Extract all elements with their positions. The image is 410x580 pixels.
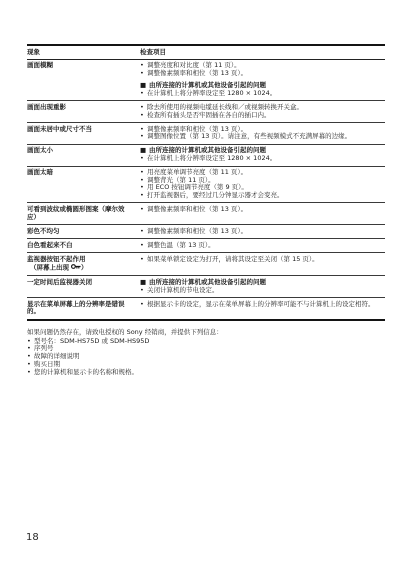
bullet-icon: •	[140, 70, 147, 78]
symptom-cell: 一定时间后监视器关闭	[27, 276, 140, 298]
symptom-cell: 白色看起来不白	[27, 239, 140, 253]
info-list-item: •型号名：SDM-HS75D 或 SDM-HS95D	[27, 338, 227, 346]
key-lock-icon	[71, 263, 81, 270]
bullet-icon: •	[140, 133, 147, 141]
contact-intro-text: 如果问题仍然存在，请致电授权的 Sony 经销商，并提供下列信息：	[27, 329, 227, 337]
check-cell: •如果菜单锁定设定为打开，请将其设定至关闭（第 15 页）。	[140, 253, 385, 276]
symptom-cell: 可看到波纹或椭圆形图案（摩尔效应）	[27, 203, 140, 225]
bullet-icon: •	[27, 369, 34, 377]
bullet-icon: •	[140, 256, 147, 264]
manual-page: 现象 检查项目 画面模糊 •调整亮度和对比度（第 11 页）。 •调整像素频率和…	[27, 44, 385, 377]
table-header-row: 现象 检查项目	[27, 45, 385, 59]
symptom-text: 监视器按钮不起作用	[27, 255, 86, 263]
bullet-icon: •	[140, 228, 147, 236]
check-item: •调整图像位置（第 13 页）。请注意，有些视频模式不充满屏幕的边缘。	[140, 133, 385, 141]
check-item: •检查所有插头是否牢固插在各自的插口内。	[140, 112, 385, 120]
check-item: •调整像素频率和相位（第 13 页）。	[140, 70, 385, 78]
bullet-icon: •	[140, 90, 147, 98]
table-row: 画面模糊 •调整亮度和对比度（第 11 页）。 •调整像素频率和相位（第 13 …	[27, 59, 385, 101]
symptom-cell: 画面太暗	[27, 166, 140, 203]
symptom-cell: 彩色不均匀	[27, 225, 140, 239]
column-header-symptom: 现象	[27, 45, 140, 59]
check-item: •在计算机上将分辨率设定至 1280 × 1024。	[140, 155, 385, 163]
check-cell: ■由所连接的计算机或其他设备引起的问题 •关闭计算机的节电设定。	[140, 276, 385, 298]
bullet-icon: •	[140, 287, 147, 295]
table-row: 画面未居中或尺寸不当 •调整像素频率和相位（第 13 页）。 •调整图像位置（第…	[27, 123, 385, 145]
check-item: •关闭计算机的节电设定。	[140, 287, 385, 295]
symptom-cell: 监视器按钮不起作用 （屏幕上出现）	[27, 253, 140, 276]
check-cell: •调整亮度和对比度（第 11 页）。 •调整像素频率和相位（第 13 页）。 ■…	[140, 59, 385, 101]
symptom-cell: 画面未居中或尺寸不当	[27, 123, 140, 145]
computer-spec-text: 您的计算机和显示卡的名称和规格。	[34, 369, 138, 377]
check-item: •如果菜单锁定设定为打开，请将其设定至关闭（第 15 页）。	[140, 256, 385, 264]
symptom-cell: 显示在菜单屏幕上的分辨率是错误的。	[27, 298, 140, 320]
check-cell: •调整像素频率和相位（第 13 页）。	[140, 225, 385, 239]
check-item: •调整像素频率和相位（第 13 页）。	[140, 206, 385, 214]
check-cell: •调整像素频率和相位（第 13 页）。	[140, 203, 385, 225]
symptom-cell: 画面模糊	[27, 59, 140, 101]
bullet-icon: •	[140, 192, 147, 200]
check-item: •打开监视器后，要经过几分钟显示器才会变亮。	[140, 192, 385, 200]
check-item: •在计算机上将分辨率设定至 1280 × 1024。	[140, 90, 385, 98]
bullet-icon: •	[140, 301, 147, 309]
check-cell: •调整像素频率和相位（第 13 页）。 •调整图像位置（第 13 页）。请注意，…	[140, 123, 385, 145]
table-row: 显示在菜单屏幕上的分辨率是错误的。 •根据显示卡的设定，显示在菜单屏幕上的分辨率…	[27, 298, 385, 320]
bullet-icon: •	[140, 112, 147, 120]
check-item: •根据显示卡的设定，显示在菜单屏幕上的分辨率可能不与计算机上的设定相符。	[140, 301, 385, 309]
check-cell: •用亮度菜单调节亮度（第 11 页）。 •调整背光（第 11 页）。 •用 EC…	[140, 166, 385, 203]
check-item: •调整色温（第 13 页）。	[140, 242, 385, 250]
check-item: •调整像素频率和相位（第 13 页）。	[140, 228, 385, 236]
check-cell: •调整色温（第 13 页）。	[140, 239, 385, 253]
bullet-icon: •	[140, 206, 147, 214]
info-list-item: •您的计算机和显示卡的名称和规格。	[27, 369, 227, 377]
table-row: 白色看起来不白 •调整色温（第 13 页）。	[27, 239, 385, 253]
symptom-cell: 画面出现重影	[27, 101, 140, 123]
bullet-icon: •	[140, 155, 147, 163]
symptom-cell: 画面太小	[27, 144, 140, 166]
table-row: 可看到波纹或椭圆形图案（摩尔效应） •调整像素频率和相位（第 13 页）。	[27, 203, 385, 225]
table-row: 一定时间后监视器关闭 ■由所连接的计算机或其他设备引起的问题 •关闭计算机的节电…	[27, 276, 385, 298]
table-row: 画面出现重影 •除去所使用的视频电缆延长线和／或视频转换开关盒。 •检查所有插头…	[27, 101, 385, 123]
check-cell: ■由所连接的计算机或其他设备引起的问题 •在计算机上将分辨率设定至 1280 ×…	[140, 144, 385, 166]
table-row: 画面太暗 •用亮度菜单调节亮度（第 11 页）。 •调整背光（第 11 页）。 …	[27, 166, 385, 203]
troubleshooting-table: 现象 检查项目 画面模糊 •调整亮度和对比度（第 11 页）。 •调整像素频率和…	[27, 44, 385, 321]
check-cell: •除去所使用的视频电缆延长线和／或视频转换开关盒。 •检查所有插头是否牢固插在各…	[140, 101, 385, 123]
symptom-note: （屏幕上出现）	[27, 263, 134, 272]
table-row: 彩色不均匀 •调整像素频率和相位（第 13 页）。	[27, 225, 385, 239]
column-header-check: 检查项目	[140, 45, 385, 59]
contact-dealer-note: 如果问题仍然存在，请致电授权的 Sony 经销商，并提供下列信息： •型号名：S…	[27, 329, 227, 377]
check-cell: •根据显示卡的设定，显示在菜单屏幕上的分辨率可能不与计算机上的设定相符。	[140, 298, 385, 320]
bullet-icon: •	[140, 242, 147, 250]
table-row: 画面太小 ■由所连接的计算机或其他设备引起的问题 •在计算机上将分辨率设定至 1…	[27, 144, 385, 166]
page-number: 18	[26, 532, 39, 543]
table-row: 监视器按钮不起作用 （屏幕上出现） •如果菜单锁定设定为打开，请将其设定至关闭（…	[27, 253, 385, 276]
